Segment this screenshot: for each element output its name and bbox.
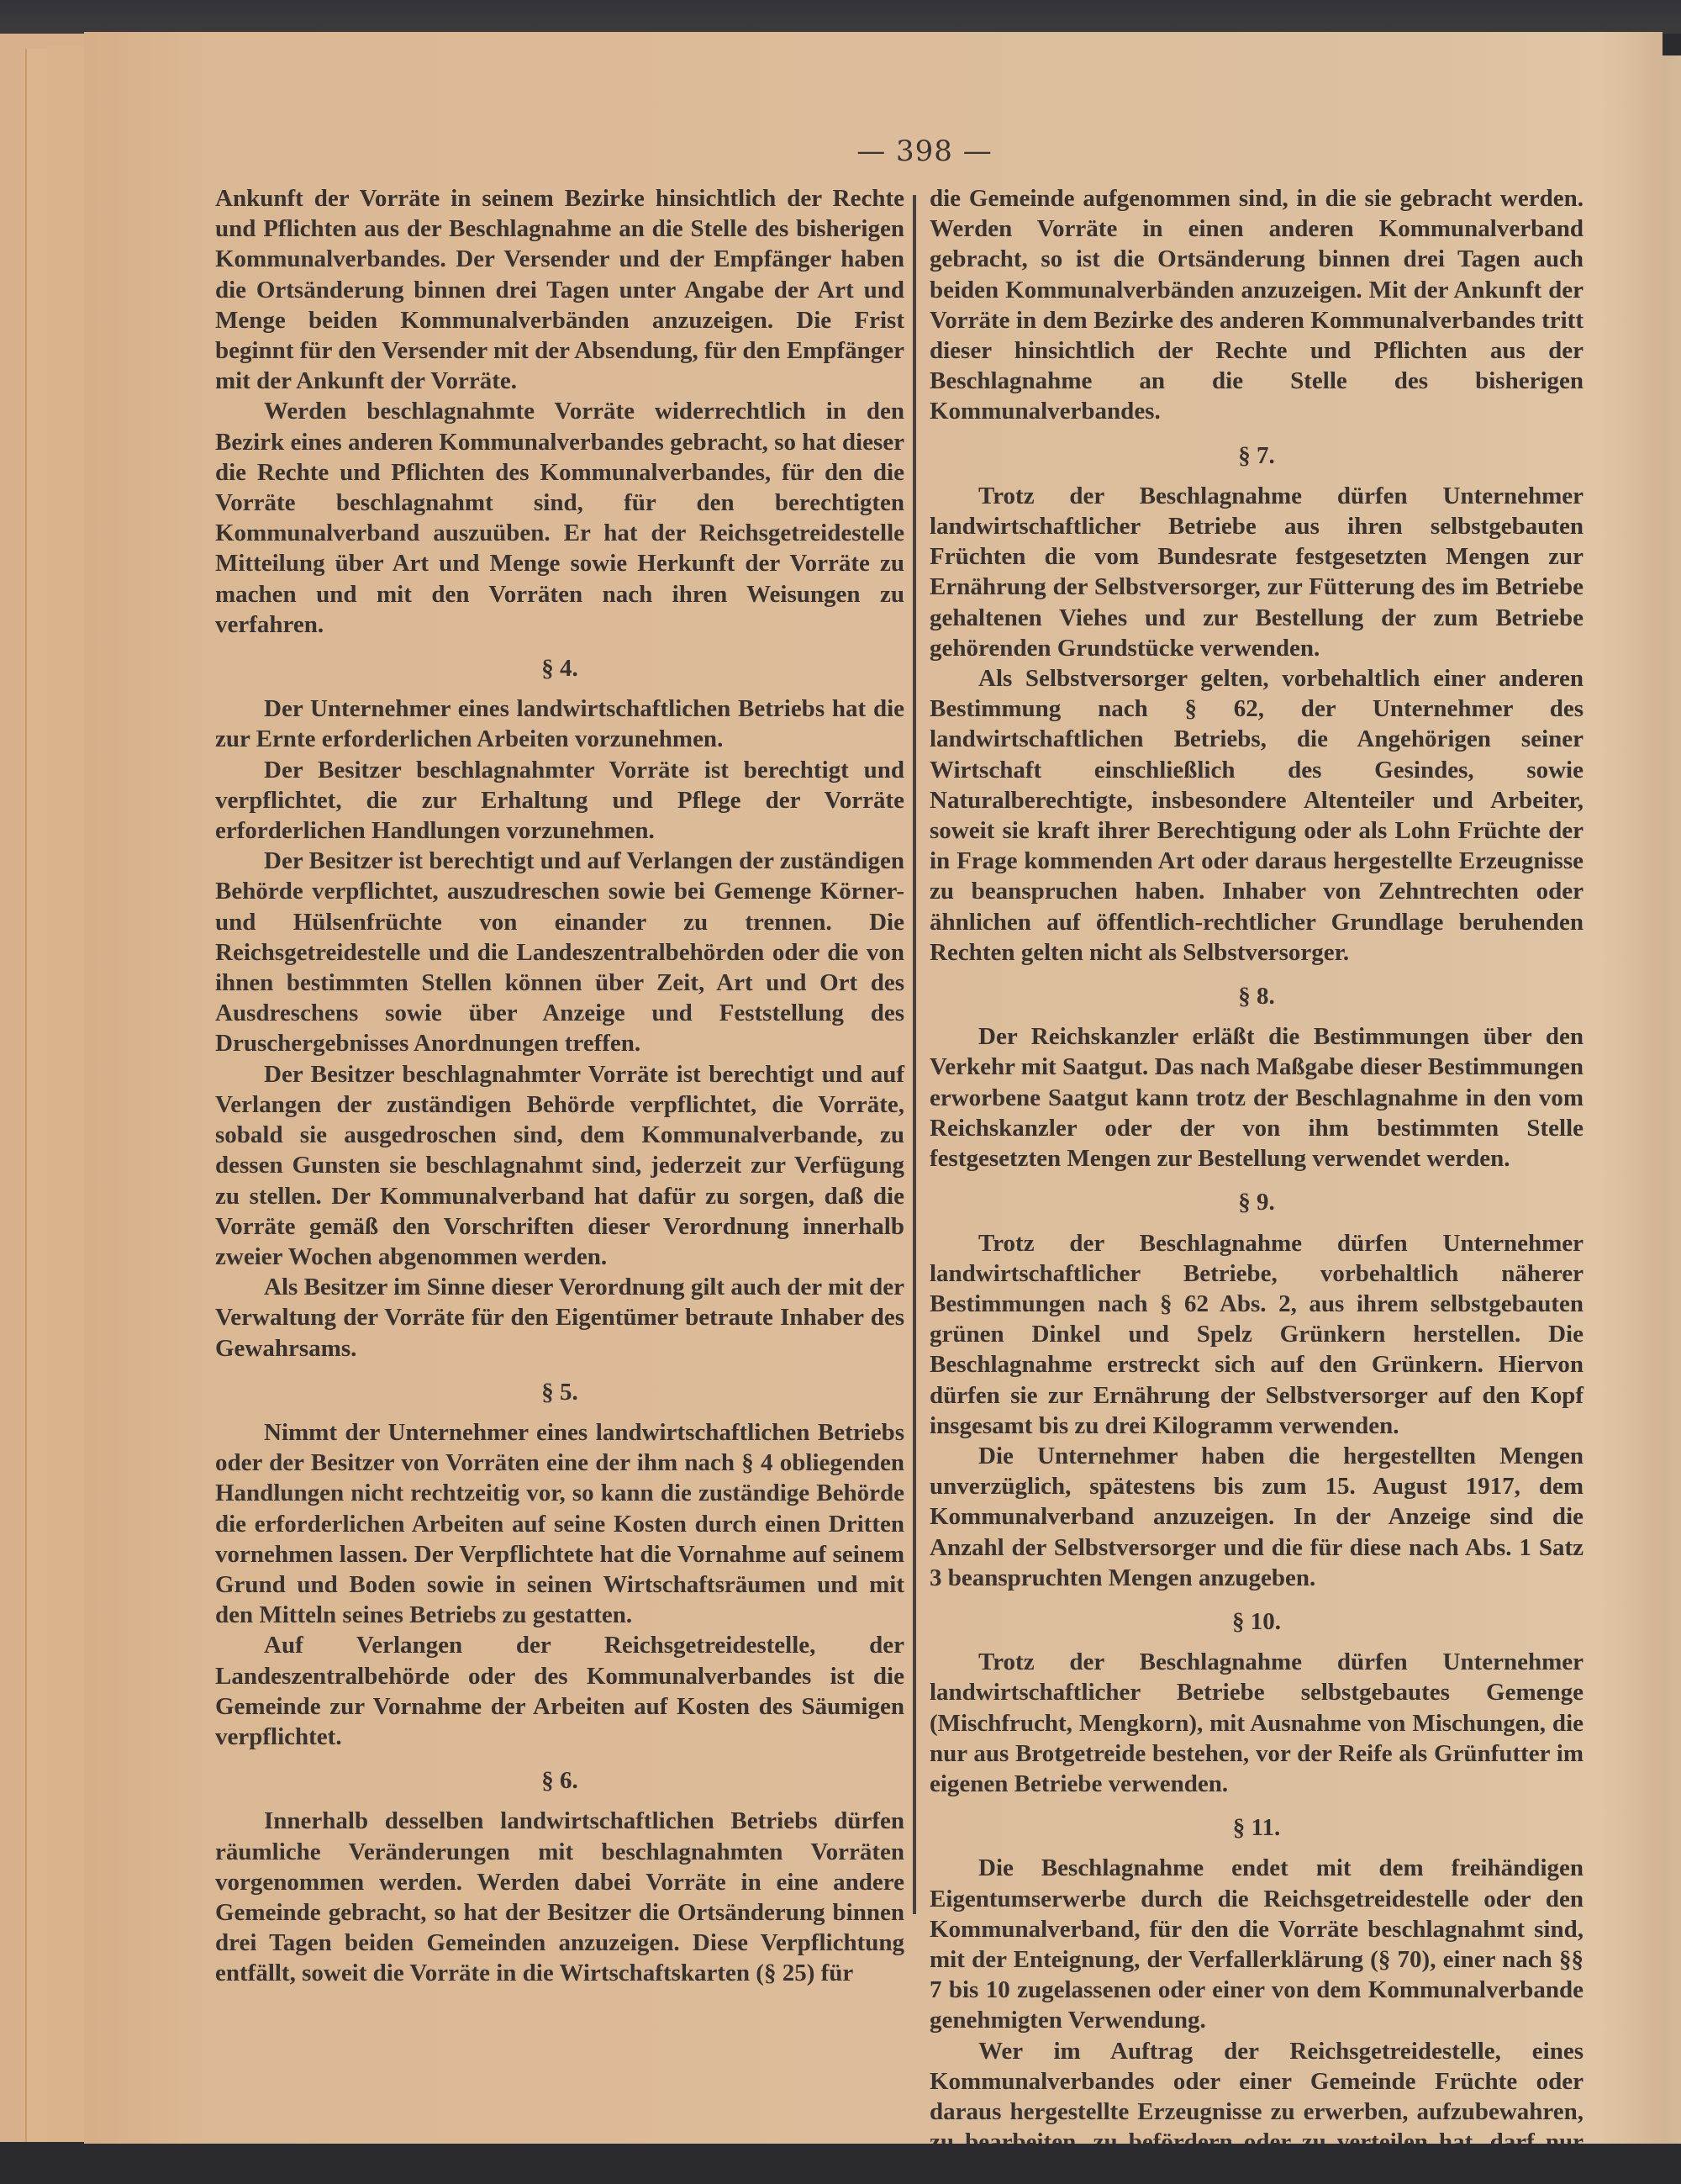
paragraph: Der Besitzer ist berechtigt und auf Verl… (215, 846, 904, 1058)
section-heading: § 4. (215, 653, 904, 683)
paragraph: Ankunft der Vorräte in seinem Bezirke hi… (215, 183, 904, 396)
section-heading: § 8. (930, 981, 1584, 1011)
paragraph: Der Reichskanzler erläßt die Bestimmunge… (930, 1021, 1584, 1174)
paragraph: Als Selbstversorger gelten, vorbehaltlic… (930, 663, 1584, 968)
section-heading: § 7. (930, 440, 1584, 471)
paragraph: Werden beschlagnahmte Vorräte widerrecht… (215, 396, 904, 640)
page-number: — 398 — (832, 135, 1017, 168)
paragraph: Der Unternehmer eines landwirtschaftlich… (215, 694, 904, 754)
paragraph: Nimmt der Unternehmer eines landwirtscha… (215, 1417, 904, 1630)
paragraph: Der Besitzer beschlagnahmter Vorräte ist… (215, 1059, 904, 1272)
section-heading: § 9. (930, 1187, 1584, 1217)
paragraph: Auf Verlangen der Reichsgetreidestelle, … (215, 1630, 904, 1752)
paragraph: Die Unternehmer haben die hergestellten … (930, 1441, 1584, 1593)
paragraph: Innerhalb desselben landwirtschaftlichen… (215, 1806, 904, 1988)
paragraph: Der Besitzer beschlagnahmter Vorräte ist… (215, 755, 904, 847)
section-heading: § 5. (215, 1377, 904, 1407)
paragraph: die Gemeinde aufgenommen sind, in die si… (930, 183, 1584, 427)
paragraph: Die Beschlagnahme endet mit dem freihänd… (930, 1853, 1584, 2035)
section-heading: § 6. (215, 1765, 904, 1796)
book-cover-top (0, 0, 1681, 34)
paragraph: Als Besitzer im Sinne dieser Verordnung … (215, 1272, 904, 1364)
paragraph: Trotz der Beschlagnahme dürfen Unternehm… (930, 481, 1584, 663)
section-heading: § 11. (930, 1812, 1584, 1843)
column-divider (913, 195, 916, 1914)
paragraph: Trotz der Beschlagnahme dürfen Unternehm… (930, 1228, 1584, 1441)
section-heading: § 10. (930, 1606, 1584, 1637)
paragraph: Trotz der Beschlagnahme dürfen Unternehm… (930, 1647, 1584, 1799)
left-text-column: Ankunft der Vorräte in seinem Bezirke hi… (215, 183, 904, 1989)
book-cover-bottom (0, 2144, 1681, 2184)
right-text-column: die Gemeinde aufgenommen sind, in die si… (930, 183, 1584, 2184)
